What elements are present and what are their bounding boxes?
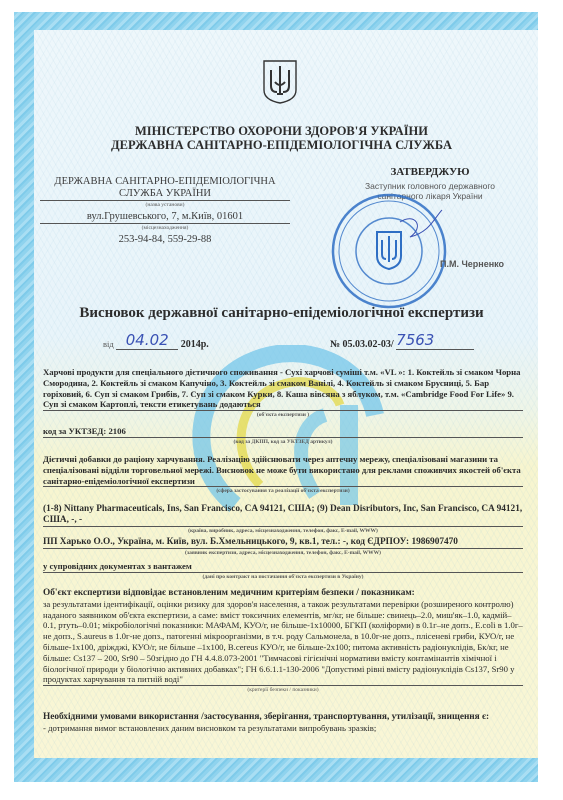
date-year: 2014р. [181, 339, 209, 350]
ministry-heading: МІНІСТЕРСТВО ОХОРОНИ ЗДОРОВ'Я УКРАЇНИ ДЕ… [0, 124, 563, 152]
section-code: код за УКТЗЕД: 2106 (код за ДКПП, код за… [43, 426, 523, 446]
manufacturer-text: (1-8) Nittany Pharmaceuticals, Ins, San … [43, 504, 523, 527]
approval-position-line1: Заступник головного державного [330, 181, 530, 191]
section-conditions: Необхідними умовами використання /застос… [43, 712, 523, 734]
ministry-name: МІНІСТЕРСТВО ОХОРОНИ ЗДОРОВ'Я УКРАЇНИ [0, 124, 563, 138]
signer-name: П.М. Черненко [440, 259, 504, 269]
number-label: № 05.03.02-03/ [330, 339, 394, 350]
contract-text: у супровідних документах з вантажем [43, 561, 523, 573]
institution-name-caption: (назва установи) [40, 201, 290, 209]
criteria-caption: (критерії безпеки / показники) [43, 686, 523, 694]
applicant-text: ПП Харько О.О., Україна, м. Київ, вул. Б… [43, 537, 523, 549]
section-object: Харчові продукти для спеціального дієтич… [43, 367, 523, 419]
scope-text: Дієтичні добавки до раціону харчування. … [43, 454, 523, 487]
document-title: Висновок державної санітарно-епідеміолог… [0, 305, 563, 322]
official-round-stamp-icon [330, 192, 448, 310]
section-applicant: ПП Харько О.О., Україна, м. Київ, вул. Б… [43, 537, 523, 557]
section-contract: у супровідних документах з вантажем (дан… [43, 561, 523, 581]
handwritten-number: 7563 [396, 331, 474, 350]
institution-name-line2: СЛУЖБА УКРАЇНИ [40, 188, 290, 201]
institution-phones: 253-94-84, 559-29-88 [40, 234, 290, 246]
scope-caption: (сфера застосування та реалізації об'єкт… [43, 487, 523, 495]
manufacturer-caption: (країна, виробник, адреса, місцезнаходже… [43, 527, 523, 535]
code-caption: (код за ДКПП, код за УКТЗЕД артикул) [43, 438, 523, 446]
coat-of-arms-icon [263, 60, 297, 104]
object-caption: (об'єкта експертизи ) [43, 411, 523, 419]
institution-block: ДЕРЖАВНА САНІТАРНО-ЕПІДЕМІОЛОГІЧНА СЛУЖБ… [40, 176, 290, 246]
institution-address: вул.Грушевського, 7, м.Київ, 01601 [40, 211, 290, 224]
conditions-heading: Необхідними умовами використання /застос… [43, 712, 523, 723]
service-name: ДЕРЖАВНА САНІТАРНО-ЕПІДЕМІОЛОГІЧНА СЛУЖБ… [0, 138, 563, 152]
criteria-text: за результатами ідентифікації, оцінки ри… [43, 599, 523, 686]
date-field: від 04.02 2014р. [103, 333, 209, 352]
object-text: Харчові продукти для спеціального дієтич… [43, 367, 523, 411]
applicant-caption: (заявник експертизи, адреса, місцезнаход… [43, 549, 523, 557]
approval-title: ЗАТВЕРДЖУЮ [330, 166, 530, 178]
handwritten-date: 04.02 [116, 331, 178, 350]
section-scope: Дієтичні добавки до раціону харчування. … [43, 454, 523, 495]
section-criteria: Об'єкт експертизи відповідає встановлени… [43, 588, 523, 694]
criteria-heading: Об'єкт експертизи відповідає встановлени… [43, 588, 523, 599]
contract-caption: (дані про контракт на постачання об'єкта… [43, 573, 523, 581]
section-manufacturer: (1-8) Nittany Pharmaceuticals, Ins, San … [43, 504, 523, 535]
code-text: код за УКТЗЕД: 2106 [43, 426, 523, 438]
date-label: від [103, 339, 114, 349]
institution-address-caption: (місцезнаходження) [40, 224, 290, 232]
institution-name-line1: ДЕРЖАВНА САНІТАРНО-ЕПІДЕМІОЛОГІЧНА [40, 176, 290, 188]
conditions-text: - дотримання вимог встановлених даним ви… [43, 723, 523, 734]
number-field: № 05.03.02-03/ 7563 [330, 333, 474, 352]
